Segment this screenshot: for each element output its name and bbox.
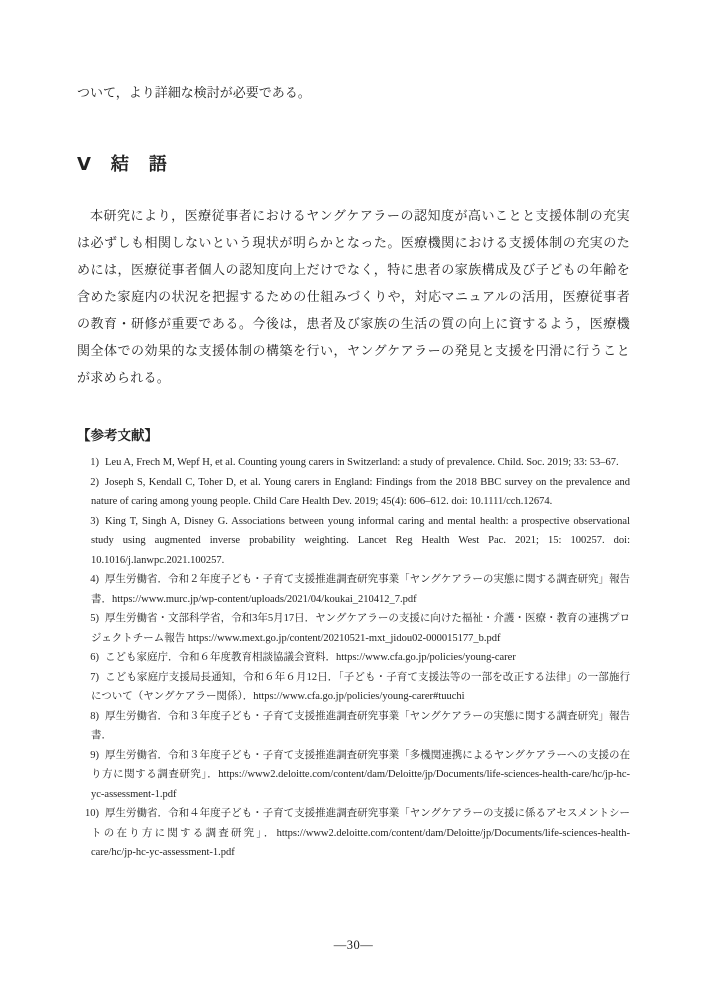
reference-item: 1)Leu A, Frech M, Wepf H, et al. Countin…	[77, 453, 630, 473]
reference-item: 4)厚生労働省．令和２年度子ども・子育て支援推進調査研究事業「ヤングケアラーの実…	[77, 570, 630, 609]
reference-text: 厚生労働省．令和２年度子ども・子育て支援推進調査研究事業「ヤングケアラーの実態に…	[91, 574, 630, 605]
page-content: ついて，より詳細な検討が必要である。 Ⅴ 結 語 本研究により，医療従事者におけ…	[0, 0, 707, 863]
references-heading: 【参考文献】	[77, 427, 630, 445]
reference-item: 2)Joseph S, Kendall C, Toher D, et al. Y…	[77, 473, 630, 512]
carryover-paragraph-line: ついて，より詳細な検討が必要である。	[77, 84, 630, 102]
reference-text: Leu A, Frech M, Wepf H, et al. Counting …	[105, 457, 619, 468]
reference-text: King T, Singh A, Disney G. Associations …	[91, 516, 630, 566]
reference-number: 9)	[77, 746, 99, 766]
reference-text: こども家庭庁支援局長通知，令和６年６月12日．「子ども・子育て支援法等の一部を改…	[91, 672, 630, 703]
reference-number: 7)	[77, 668, 99, 688]
reference-number: 3)	[77, 512, 99, 532]
reference-number: 6)	[77, 648, 99, 668]
reference-item: 9)厚生労働省．令和３年度子ども・子育て支援推進調査研究事業「多機関連携によるヤ…	[77, 746, 630, 805]
page-number: —30—	[0, 938, 707, 953]
reference-text: Joseph S, Kendall C, Toher D, et al. You…	[91, 477, 630, 508]
reference-number: 10)	[77, 804, 99, 824]
reference-item: 8)厚生労働省．令和３年度子ども・子育て支援推進調査研究事業「ヤングケアラーの実…	[77, 707, 630, 746]
reference-text: 厚生労働省．令和４年度子ども・子育て支援推進調査研究事業「ヤングケアラーの支援に…	[91, 808, 630, 858]
reference-text: こども家庭庁．令和６年度教育相談協議会資料．https://www.cfa.go…	[105, 652, 516, 663]
reference-item: 3)King T, Singh A, Disney G. Association…	[77, 512, 630, 571]
reference-number: 1)	[77, 453, 99, 473]
conclusion-paragraph: 本研究により，医療従事者におけるヤングケアラーの認知度が高いことと支援体制の充実…	[77, 202, 630, 391]
document-page: ついて，より詳細な検討が必要である。 Ⅴ 結 語 本研究により，医療従事者におけ…	[0, 0, 707, 1000]
reference-number: 5)	[77, 609, 99, 629]
reference-item: 7)こども家庭庁支援局長通知，令和６年６月12日．「子ども・子育て支援法等の一部…	[77, 668, 630, 707]
reference-number: 4)	[77, 570, 99, 590]
reference-number: 8)	[77, 707, 99, 727]
reference-item: 10)厚生労働省．令和４年度子ども・子育て支援推進調査研究事業「ヤングケアラーの…	[77, 804, 630, 863]
section-heading-conclusion: Ⅴ 結 語	[77, 152, 630, 176]
reference-number: 2)	[77, 473, 99, 493]
reference-text: 厚生労働省．令和３年度子ども・子育て支援推進調査研究事業「多機関連携によるヤング…	[91, 750, 630, 800]
reference-text: 厚生労働省・文部科学省，令和3年5月17日．ヤングケアラーの支援に向けた福祉・介…	[91, 613, 630, 644]
reference-item: 6)こども家庭庁．令和６年度教育相談協議会資料．https://www.cfa.…	[77, 648, 630, 668]
reference-text: 厚生労働省．令和３年度子ども・子育て支援推進調査研究事業「ヤングケアラーの実態に…	[91, 711, 630, 742]
reference-item: 5)厚生労働省・文部科学省，令和3年5月17日．ヤングケアラーの支援に向けた福祉…	[77, 609, 630, 648]
references-list: 1)Leu A, Frech M, Wepf H, et al. Countin…	[77, 453, 630, 863]
